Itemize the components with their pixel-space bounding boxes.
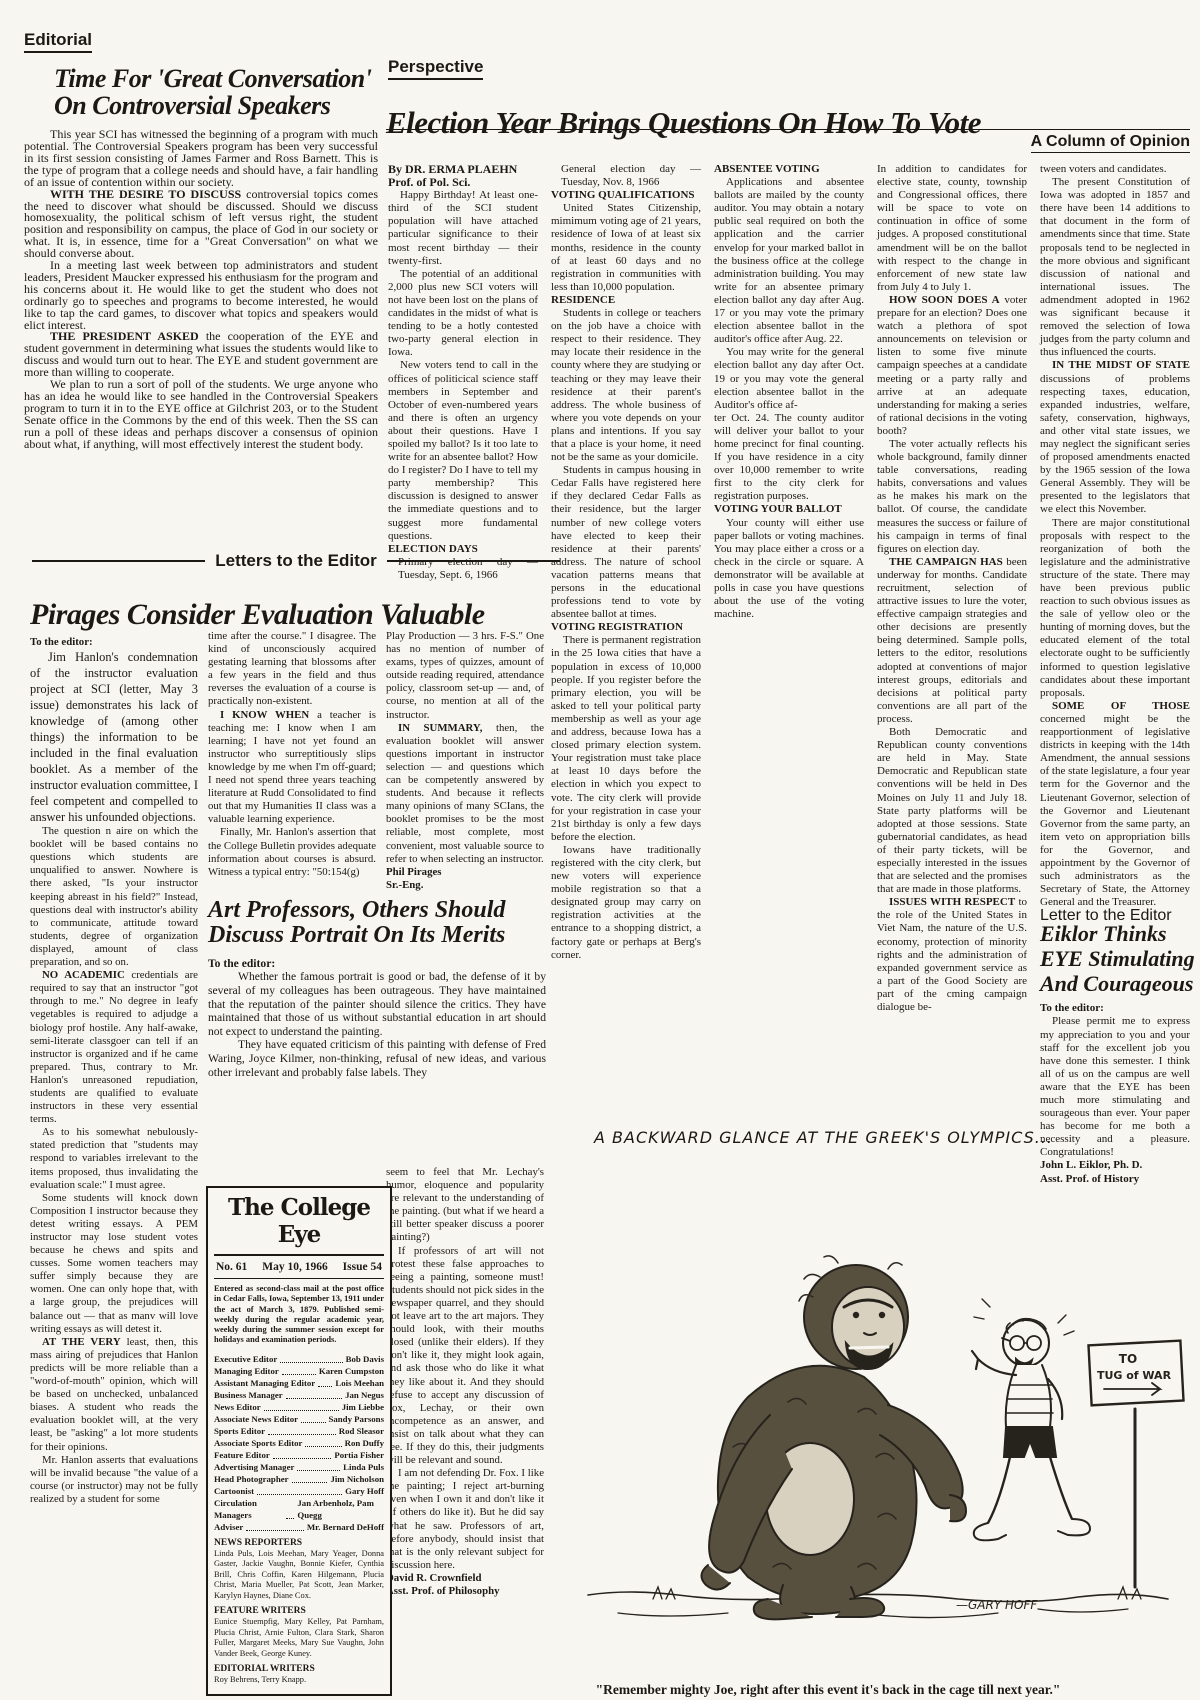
paragraph: Finally, Mr. Hanlon's assertion that the… [208, 826, 376, 878]
editorial-paragraph: This year SCI has witnessed the beginnin… [24, 129, 378, 189]
divider-rule [32, 560, 205, 562]
tug-of-war-sign-line1: TO [1119, 1352, 1137, 1366]
editorial-paragraph: In a meeting last week between top admin… [24, 260, 378, 331]
paragraph: The present Constitution of Iowa was ado… [1040, 176, 1190, 359]
perspective-column-2: General election day — Tuesday, Nov. 8, … [551, 163, 701, 962]
paragraph: Students in college or teachers on the j… [551, 307, 701, 464]
art-professors-letter: Art Professors, Others ShouldDiscuss Por… [208, 898, 546, 1079]
paragraph: SOME OF THOSE concerned might be the rea… [1040, 700, 1190, 910]
paragraph: Both Democratic and Republican county co… [877, 726, 1027, 896]
signature-name: Phil Pirages [386, 866, 544, 879]
signature-title: Asst. Prof. of Philosophy [386, 1585, 544, 1598]
news-reporters-head: NEWS REPORTERS [214, 1538, 384, 1548]
paragraph: Iowans have traditionally registered wit… [551, 844, 701, 962]
column-of-opinion-kicker: A Column of Opinion [885, 133, 1190, 151]
news-reporters-names: Linda Puls, Lois Meehan, Mary Yeager, Do… [214, 1549, 384, 1602]
paragraph: There is permanent registration in the 2… [551, 634, 701, 844]
paragraph: You may write for the general election b… [714, 346, 864, 411]
letters-to-editor-divider: Letters to the Editor [32, 551, 560, 571]
staff-list: Executive EditorBob Davis Managing Edito… [214, 1353, 384, 1533]
paragraph: Your county will either use paper ballot… [714, 517, 864, 622]
editorial-headline: Time For 'Great Conversation'On Controve… [54, 65, 378, 119]
paragraph: AT THE VERY least, then, this mass airin… [30, 1336, 198, 1454]
perspective-label: Perspective [388, 57, 483, 80]
paragraph: IN SUMMARY, then, the evaluation booklet… [386, 722, 544, 866]
staff-row: AdviserMr. Bernard DeHoff [214, 1521, 384, 1533]
paragraph: If professors of art will not protest th… [386, 1245, 544, 1468]
paragraph: NO ACADEMIC credentials are required to … [30, 969, 198, 1126]
staff-row: Head PhotographerJim Nicholson [214, 1473, 384, 1485]
second-class-mail-notice: Entered as second-class mail at the post… [214, 1284, 384, 1346]
perspective-column-3: ABSENTEE VOTING Applications and absente… [714, 163, 864, 621]
paragraph: The voter actually reflects his whole ba… [877, 438, 1027, 556]
feature-writers-head: FEATURE WRITERS [214, 1606, 384, 1616]
editorial-label: Editorial [24, 30, 92, 53]
editorial-writers-head: EDITORIAL WRITERS [214, 1664, 384, 1674]
staff-row: Managing EditorKaren Cumpston [214, 1365, 384, 1377]
staff-row: Feature EditorPortia Fisher [214, 1449, 384, 1461]
staff-row: Associate Sports EditorRon Duffy [214, 1437, 384, 1449]
paragraph: Mr. Hanlon asserts that evaluations will… [30, 1454, 198, 1506]
perspective-column-5: tween voters and candidates. The present… [1040, 163, 1190, 1186]
paragraph: HOW SOON DOES A voter prepare for an ele… [877, 294, 1027, 438]
paragraph: THE CAMPAIGN HAS been underway for month… [877, 556, 1027, 726]
pirages-column-3: Play Production — 3 hrs. F-S." One has n… [386, 630, 544, 892]
paragraph: The question n aire on which the booklet… [30, 825, 198, 969]
letters-divider-label: Letters to the Editor [215, 551, 377, 571]
paragraph: In addition to candidates for elective s… [877, 163, 1027, 294]
paragraph: Students in campus housing in Cedar Fall… [551, 464, 701, 621]
editorial-paragraph: THE PRESIDENT ASKED the cooperation of t… [24, 331, 378, 379]
tug-of-war-sign-line2: TUG of WAR [1097, 1369, 1172, 1382]
signature-title: Sr.-Eng. [386, 879, 544, 892]
staff-row: Business ManagerJan Negus [214, 1389, 384, 1401]
paragraph: Whether the famous portrait is good or b… [208, 970, 546, 1038]
subhead-voting-qualifications: VOTING QUALIFICATIONS [551, 189, 701, 202]
staff-row: Advertising ManagerLinda Puls [214, 1461, 384, 1473]
issue-date: May 10, 1966 [262, 1261, 327, 1273]
staff-row: Associate News EditorSandy Parsons [214, 1413, 384, 1425]
pirages-column-2: time after the course." I disagree. The … [208, 630, 376, 879]
salutation: To the editor: [208, 957, 546, 971]
staff-row: Circulation ManagersJan Arbenholz, Pam Q… [214, 1497, 384, 1521]
eiklor-headline: Eiklor Thinks EYE Stimulating And Courag… [1040, 922, 1190, 996]
staff-row: Assistant Managing EditorLois Meehan [214, 1377, 384, 1389]
paragraph: General election day — Tuesday, Nov. 8, … [551, 163, 701, 189]
cartoon-caption: "Remember mighty Joe, right after this e… [558, 1682, 1098, 1698]
editorial-writers-names: Roy Behrens, Terry Knapp. [214, 1675, 384, 1686]
paragraph: time after the course." I disagree. The … [208, 630, 376, 709]
paragraph: tween voters and candidates. [1040, 163, 1190, 176]
paragraph: ter Oct. 24. The county auditor will del… [714, 412, 864, 504]
feature-writers-names: Eunice Stuempfig, Mary Kelley, Pat Parnh… [214, 1617, 384, 1659]
editorial-section: Editorial Time For 'Great Conversation'O… [24, 30, 378, 451]
paragraph: I am not defending Dr. Fox. I like the p… [386, 1467, 544, 1572]
divider-rule [387, 560, 560, 562]
cartoon-title: A BACKWARD GLANCE AT THE GREEK'S OLYMPIC… [558, 1128, 1192, 1147]
perspective-column-4: In addition to candidates for elective s… [877, 163, 1027, 1014]
pirages-column-1: To the editor: Jim Hanlon's condemnation… [30, 630, 198, 1506]
paragraph: Happy Birthday! At least one-third of th… [388, 189, 538, 268]
subhead-residence: RESIDENCE [551, 294, 701, 307]
paragraph: Play Production — 3 hrs. F-S." One has n… [386, 630, 544, 722]
cartoon-artist-signature: —GARY HOFF [956, 1598, 1038, 1612]
masthead-box: The College Eye No. 61 May 10, 1966 Issu… [206, 1186, 392, 1696]
editorial-paragraph: We plan to run a sort of poll of the stu… [24, 379, 378, 450]
newspaper-page: Editorial Time For 'Great Conversation'O… [0, 0, 1200, 1700]
salutation: To the editor: [1040, 1002, 1190, 1015]
staff-row: Executive EditorBob Davis [214, 1353, 384, 1365]
paragraph: They have equated criticism of this pain… [208, 1038, 546, 1079]
paragraph: I KNOW WHEN a teacher is teaching me: I … [208, 709, 376, 827]
editorial-cartoon: A BACKWARD GLANCE AT THE GREEK'S OLYMPIC… [558, 1128, 1192, 1700]
subhead-voting-your-ballot: VOTING YOUR BALLOT [714, 503, 864, 516]
staff-row: News EditorJim Liebbe [214, 1401, 384, 1413]
paragraph: Applications and absentee ballots are ma… [714, 176, 864, 346]
paragraph: seem to feel that Mr. Lechay's humor, el… [386, 1166, 544, 1245]
art-letter-right-column: seem to feel that Mr. Lechay's humor, el… [386, 1166, 544, 1598]
art-letter-headline: Art Professors, Others ShouldDiscuss Por… [208, 898, 546, 949]
paragraph: Some students will knock down Compositio… [30, 1192, 198, 1336]
subhead-voting-registration: VOTING REGISTRATION [551, 621, 701, 634]
editorial-paragraph: WITH THE DESIRE TO DISCUSS controversial… [24, 189, 378, 260]
newspaper-nameplate: The College Eye [214, 1194, 384, 1256]
issue-line: No. 61 May 10, 1966 Issue 54 [214, 1256, 384, 1279]
byline-title: Prof. of Pol. Sci. [388, 176, 538, 189]
salutation: To the editor: [30, 636, 198, 649]
issue-number: No. 61 [216, 1261, 247, 1273]
cartoon-illustration: TO TUG of WAR —GARY HOFF [558, 1147, 1192, 1647]
headline-rule [386, 129, 1190, 130]
paragraph: United States Citizenship, mimimum votin… [551, 202, 701, 294]
paragraph: Jim Hanlon's condemnation of the instruc… [30, 649, 198, 825]
paragraph: There are major constitutional proposals… [1040, 517, 1190, 700]
staff-row: CartoonistGary Hoff [214, 1485, 384, 1497]
paragraph: As to his somewhat nebulously-stated pre… [30, 1126, 198, 1191]
perspective-column-1: By DR. ERMA PLAEHN Prof. of Pol. Sci. Ha… [388, 163, 538, 582]
subhead-absentee-voting: ABSENTEE VOTING [714, 163, 864, 176]
signature-name: David R. Crownfield [386, 1572, 544, 1585]
paragraph: The potential of an additional 2,000 plu… [388, 268, 538, 360]
paragraph: ISSUES WITH RESPECT to the role of the U… [877, 896, 1027, 1014]
paragraph: IN THE MIDST OF STATE discussions of pro… [1040, 359, 1190, 516]
staff-row: Sports EditorRod Sleasor [214, 1425, 384, 1437]
paragraph: New voters tend to call in the offices o… [388, 359, 538, 542]
pirages-headline: Pirages Consider Evaluation Valuable [30, 598, 560, 632]
issue-label: Issue 54 [343, 1261, 382, 1273]
editorial-body: This year SCI has witnessed the beginnin… [24, 129, 378, 450]
